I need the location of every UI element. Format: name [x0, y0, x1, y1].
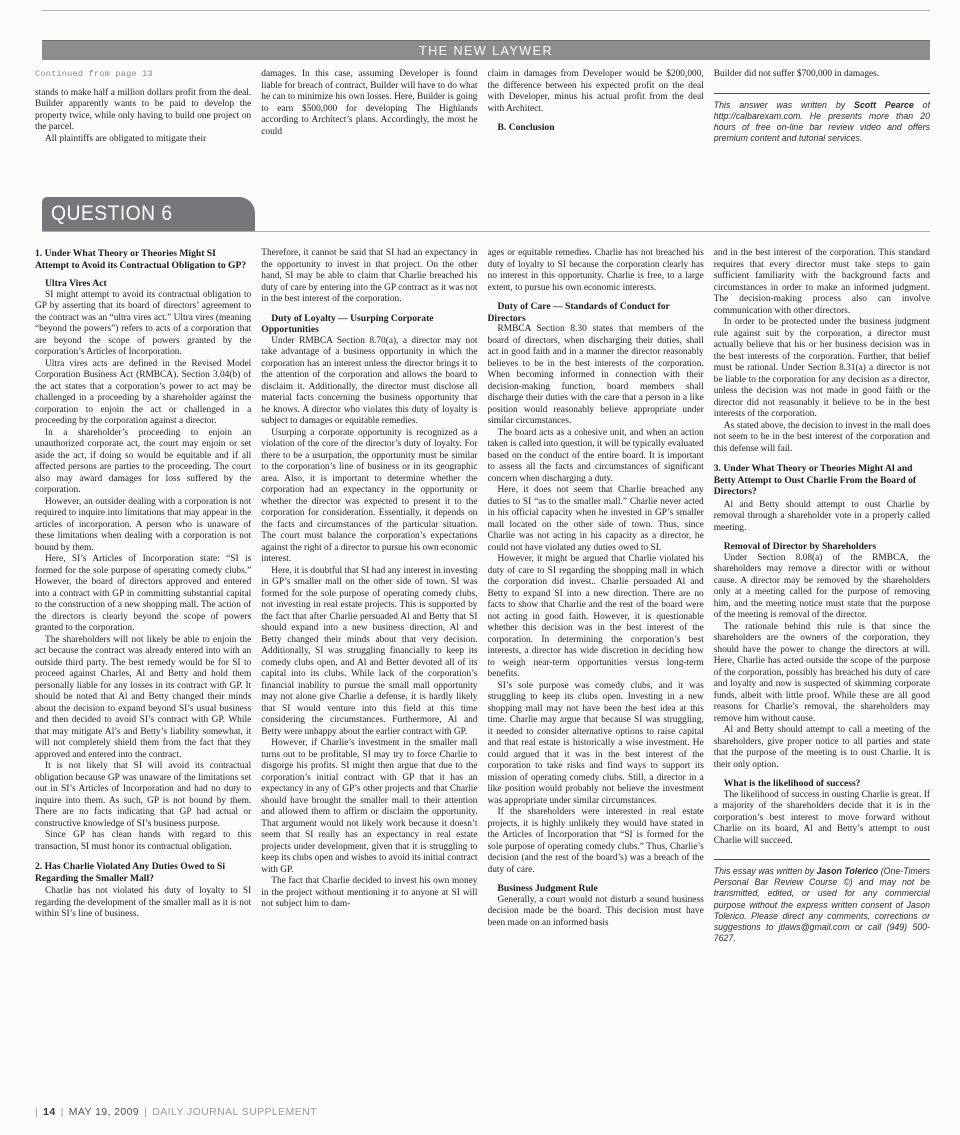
paragraph: Al and Betty should attempt to call a me…	[714, 725, 930, 771]
author-credit: This answer was written by Scott Pearce …	[714, 93, 930, 145]
paragraph: The fact that Charlie decided to invest …	[261, 876, 477, 911]
paragraph: However, if Charlie’s investment in the …	[261, 738, 477, 876]
paragraph: Al and Betty should attempt to oust Char…	[714, 500, 930, 535]
paragraph: RMBCA Section 8.30 states that members o…	[488, 324, 704, 428]
credit-text: This answer was written by	[714, 100, 854, 110]
paragraph: Under Section 8.08(a) of the RMBCA, the …	[714, 553, 930, 622]
paragraph: In a shareholder’s proceeding to enjoin …	[35, 428, 251, 497]
page-footer: | 14 | MAY 19, 2009 | DAILY JOURNAL SUPP…	[35, 1106, 930, 1118]
question-header-tab: QUESTION 6	[42, 197, 255, 231]
footer-publication: DAILY JOURNAL SUPPLEMENT	[152, 1106, 317, 1118]
paragraph: Since GP has clean hands with regard to …	[35, 830, 251, 853]
continued-article-section: Continued from page 13stands to make hal…	[35, 69, 930, 171]
paragraph: However, it might be argued that Charlie…	[488, 554, 704, 681]
paragraph: The shareholders will not likely be able…	[35, 635, 251, 762]
paragraph: Generally, a court would not disturb a s…	[488, 895, 704, 930]
newspaper-page: THE NEW LAYWER Continued from page 13sta…	[0, 0, 960, 1135]
subheading: Removal of Director by Shareholders	[714, 541, 930, 553]
footer-separator: |	[35, 1106, 38, 1118]
paragraph: ages or equitable remedies. Charlie has …	[488, 248, 704, 294]
paragraph: Builder did not suffer $700,000 in damag…	[714, 69, 930, 81]
subheading: Duty of Care — Standards of Conduct for …	[488, 301, 704, 324]
credit-author-name: Jason Tolerico	[816, 866, 878, 876]
top-column-3: claim in damages from Developer would be…	[488, 69, 704, 171]
subheading: Business Judgment Rule	[488, 883, 704, 895]
body-column-4: and in the best interest of the corporat…	[714, 248, 930, 1101]
masthead-banner: THE NEW LAYWER	[42, 40, 930, 60]
paragraph: stands to make half a million dollars pr…	[35, 88, 251, 134]
paragraph: Here, SI’s Articles of Incorporation sta…	[35, 554, 251, 635]
paragraph: and in the best interest of the corporat…	[714, 248, 930, 317]
paragraph: The likelihood of success in ousting Cha…	[714, 790, 930, 848]
footer-separator: |	[61, 1106, 64, 1118]
heading: 3. Under What Theory or Theories Might A…	[714, 463, 930, 498]
top-column-1: Continued from page 13stands to make hal…	[35, 69, 251, 171]
paragraph: As stated above, the decision to invest …	[714, 421, 930, 456]
heading: 2. Has Charlie Violated Any Duties Owed …	[35, 861, 251, 884]
paragraph: If the shareholders were interested in r…	[488, 807, 704, 876]
paragraph: Charlie has not violated his duty of loy…	[35, 886, 251, 921]
paragraph: Therefore, it cannot be said that SI had…	[261, 248, 477, 306]
heading: 1. Under What Theory or Theories Might S…	[35, 248, 251, 271]
paragraph: The board acts as a cohesive unit, and w…	[488, 428, 704, 486]
paragraph: damages. In this case, assuming Develope…	[261, 69, 477, 138]
credit-author-name: Scott Pearce	[854, 100, 914, 110]
essay-body: 1. Under What Theory or Theories Might S…	[35, 248, 930, 1101]
paragraph: Under RMBCA Section 8.70(a), a director …	[261, 336, 477, 428]
top-rule	[42, 10, 930, 11]
paragraph: Ultra vires acts are defined in the Revi…	[35, 359, 251, 428]
page-content: THE NEW LAYWER Continued from page 13sta…	[0, 0, 960, 1118]
footer-separator: |	[144, 1106, 147, 1118]
continued-from-note: Continued from page 13	[35, 69, 251, 81]
masthead-title: THE NEW LAYWER	[419, 44, 553, 58]
body-column-3: ages or equitable remedies. Charlie has …	[488, 248, 704, 1101]
question-header-label: QUESTION 6	[51, 202, 173, 226]
paragraph: It is not likely that SI will avoid its …	[35, 761, 251, 830]
paragraph: Usurping a corporate opportunity is reco…	[261, 428, 477, 566]
paragraph: SI might attempt to avoid its contractua…	[35, 290, 251, 359]
paragraph: SI’s sole purpose was comedy clubs, and …	[488, 681, 704, 808]
author-credit: This essay was written by Jason Tolerico…	[714, 859, 930, 944]
paragraph: All plaintiffs are obligated to mitigate…	[35, 134, 251, 146]
paragraph: In order to be protected under the busin…	[714, 317, 930, 421]
paragraph: The rationale behind this rule is that s…	[714, 622, 930, 726]
body-column-2: Therefore, it cannot be said that SI had…	[261, 248, 477, 1101]
credit-text: (One-Timers Personal Bar Review Course ©…	[714, 866, 930, 943]
top-column-2: damages. In this case, assuming Develope…	[261, 69, 477, 171]
footer-date: MAY 19, 2009	[69, 1106, 139, 1118]
subheading: What is the likelihood of success?	[714, 778, 930, 790]
paragraph: Here, it does not seem that Charlie brea…	[488, 485, 704, 554]
top-column-4: Builder did not suffer $700,000 in damag…	[714, 69, 930, 171]
subheading: B. Conclusion	[488, 122, 704, 134]
credit-text: This essay was written by	[714, 866, 817, 876]
subheading: Ultra Vires Act	[35, 278, 251, 290]
paragraph: However, an outsider dealing with a corp…	[35, 497, 251, 555]
paragraph: Here, it is doubtful that SI had any int…	[261, 566, 477, 739]
page-number: 14	[43, 1106, 55, 1118]
body-column-1: 1. Under What Theory or Theories Might S…	[35, 248, 251, 1101]
paragraph: claim in damages from Developer would be…	[488, 69, 704, 115]
subheading: Duty of Loyalty — Usurping Corporate Opp…	[261, 313, 477, 336]
question-header-rule	[42, 231, 930, 232]
